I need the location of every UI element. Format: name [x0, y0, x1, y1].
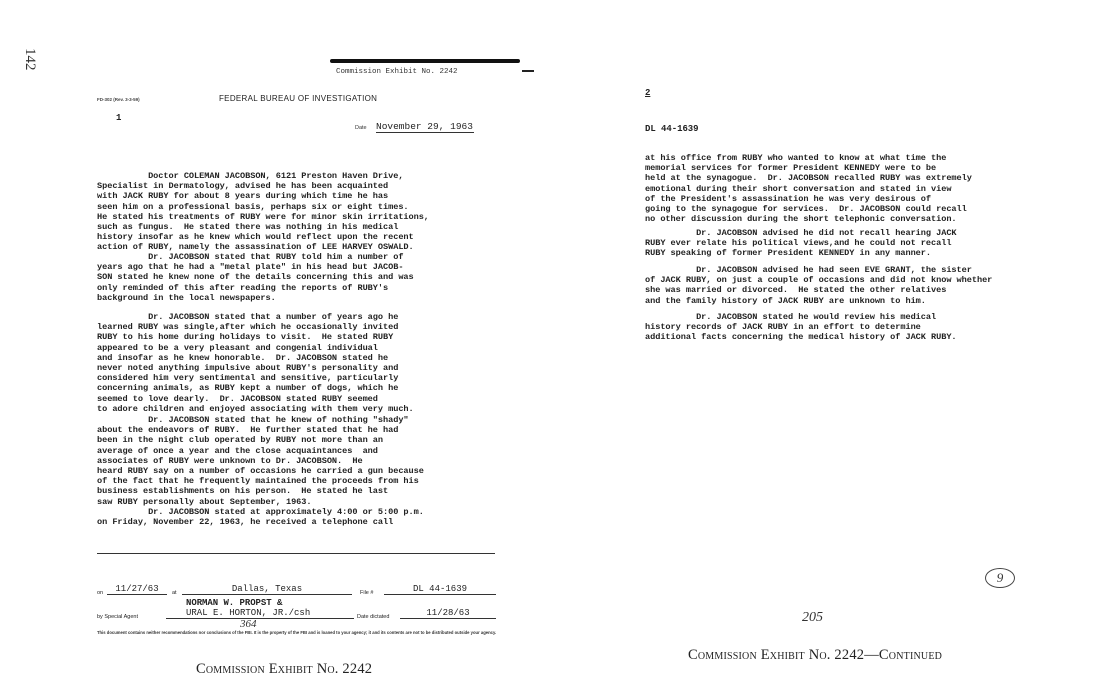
paragraph-1: at his office from RUBY who wanted to kn… — [645, 153, 972, 224]
page-number: 1 — [116, 113, 121, 123]
footer-agent-line2: URAL E. HORTON, JR./csh — [166, 608, 354, 619]
footer-on-value: 11/27/63 — [107, 584, 167, 595]
paragraph-5: Dr. JACOBSON stated at approximately 4:0… — [97, 507, 424, 527]
handwritten-note: 364 — [240, 618, 257, 630]
footer-agent-label: by Special Agent — [97, 614, 138, 620]
paragraph-3: Dr. JACOBSON stated that a number of yea… — [97, 312, 414, 414]
form-number: FD-302 (Rev. 3-3-59) — [97, 97, 140, 102]
paragraph-2: Dr. JACOBSON advised he did not recall h… — [645, 228, 957, 259]
footer-divider — [97, 553, 495, 554]
footer-dictated-label: Date dictated — [357, 614, 389, 620]
paragraph-3: Dr. JACOBSON advised he had seen EVE GRA… — [645, 265, 992, 306]
footer-dictated-value: 11/28/63 — [400, 608, 496, 619]
footer-agent-line1: NORMAN W. PROPST & — [186, 598, 282, 608]
exhibit-caption: Commission Exhibit No. 2242—Continued — [688, 647, 942, 664]
paragraph-4: Dr. JACOBSON stated he would review his … — [645, 312, 957, 343]
circled-mark: 9 — [985, 568, 1015, 588]
page-number: 2 — [645, 88, 650, 98]
file-reference: DL 44-1639 — [645, 124, 699, 134]
footer-on-label: on — [97, 590, 103, 596]
header-rule — [330, 59, 520, 63]
paragraph-4: Dr. JACOBSON stated that he knew of noth… — [97, 415, 424, 507]
footer-file-value: DL 44-1639 — [384, 584, 496, 595]
fbi-disclaimer: This document contains neither recommend… — [97, 630, 497, 636]
margin-page-number: 142 — [21, 48, 38, 71]
handwritten-number: 205 — [802, 610, 823, 626]
footer-at-label: at — [172, 590, 177, 596]
date-label: Date — [355, 125, 367, 131]
footer-file-label: File # — [360, 590, 373, 596]
footer-at-value: Dallas, Texas — [182, 584, 352, 595]
agency-title: FEDERAL BUREAU OF INVESTIGATION — [219, 94, 377, 103]
exhibit-header: Commission Exhibit No. 2242 — [336, 68, 458, 76]
paragraph-2: Dr. JACOBSON stated that RUBY told him a… — [97, 252, 414, 303]
date-value: November 29, 1963 — [376, 121, 474, 133]
paragraph-1: Doctor COLEMAN JACOBSON, 6121 Preston Ha… — [97, 171, 429, 253]
exhibit-caption: Commission Exhibit No. 2242 — [196, 661, 372, 678]
header-dash — [522, 70, 534, 72]
